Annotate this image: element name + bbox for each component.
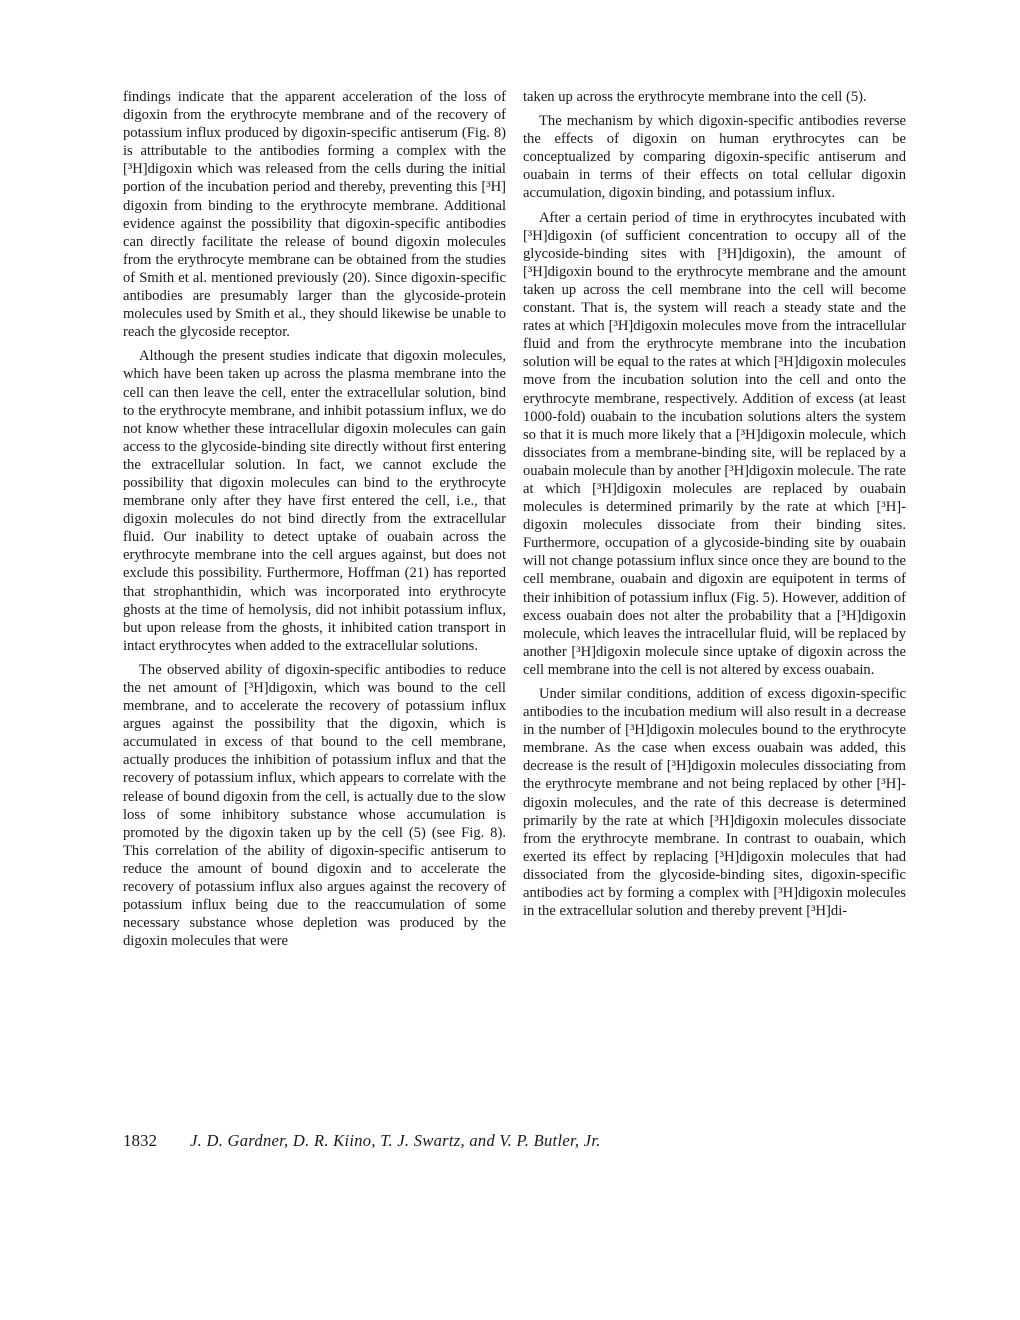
paragraph: The mechanism by which digoxin-specific … <box>523 112 906 202</box>
page-number: 1832 <box>123 1131 186 1151</box>
page-footer: 1832 J. D. Gardner, D. R. Kiino, T. J. S… <box>123 1131 601 1151</box>
paragraph: findings indicate that the apparent acce… <box>123 88 506 341</box>
paragraph: Although the present studies indicate th… <box>123 347 506 655</box>
author-line: J. D. Gardner, D. R. Kiino, T. J. Swartz… <box>190 1131 601 1150</box>
journal-page: findings indicate that the apparent acce… <box>0 0 1020 1320</box>
left-column: findings indicate that the apparent acce… <box>123 88 506 956</box>
right-column: taken up across the erythrocyte membrane… <box>523 88 906 926</box>
paragraph: After a certain period of time in erythr… <box>523 209 906 679</box>
paragraph: Under similar conditions, addition of ex… <box>523 685 906 920</box>
paragraph: The observed ability of digoxin-specific… <box>123 661 506 951</box>
paragraph: taken up across the erythrocyte membrane… <box>523 88 906 106</box>
